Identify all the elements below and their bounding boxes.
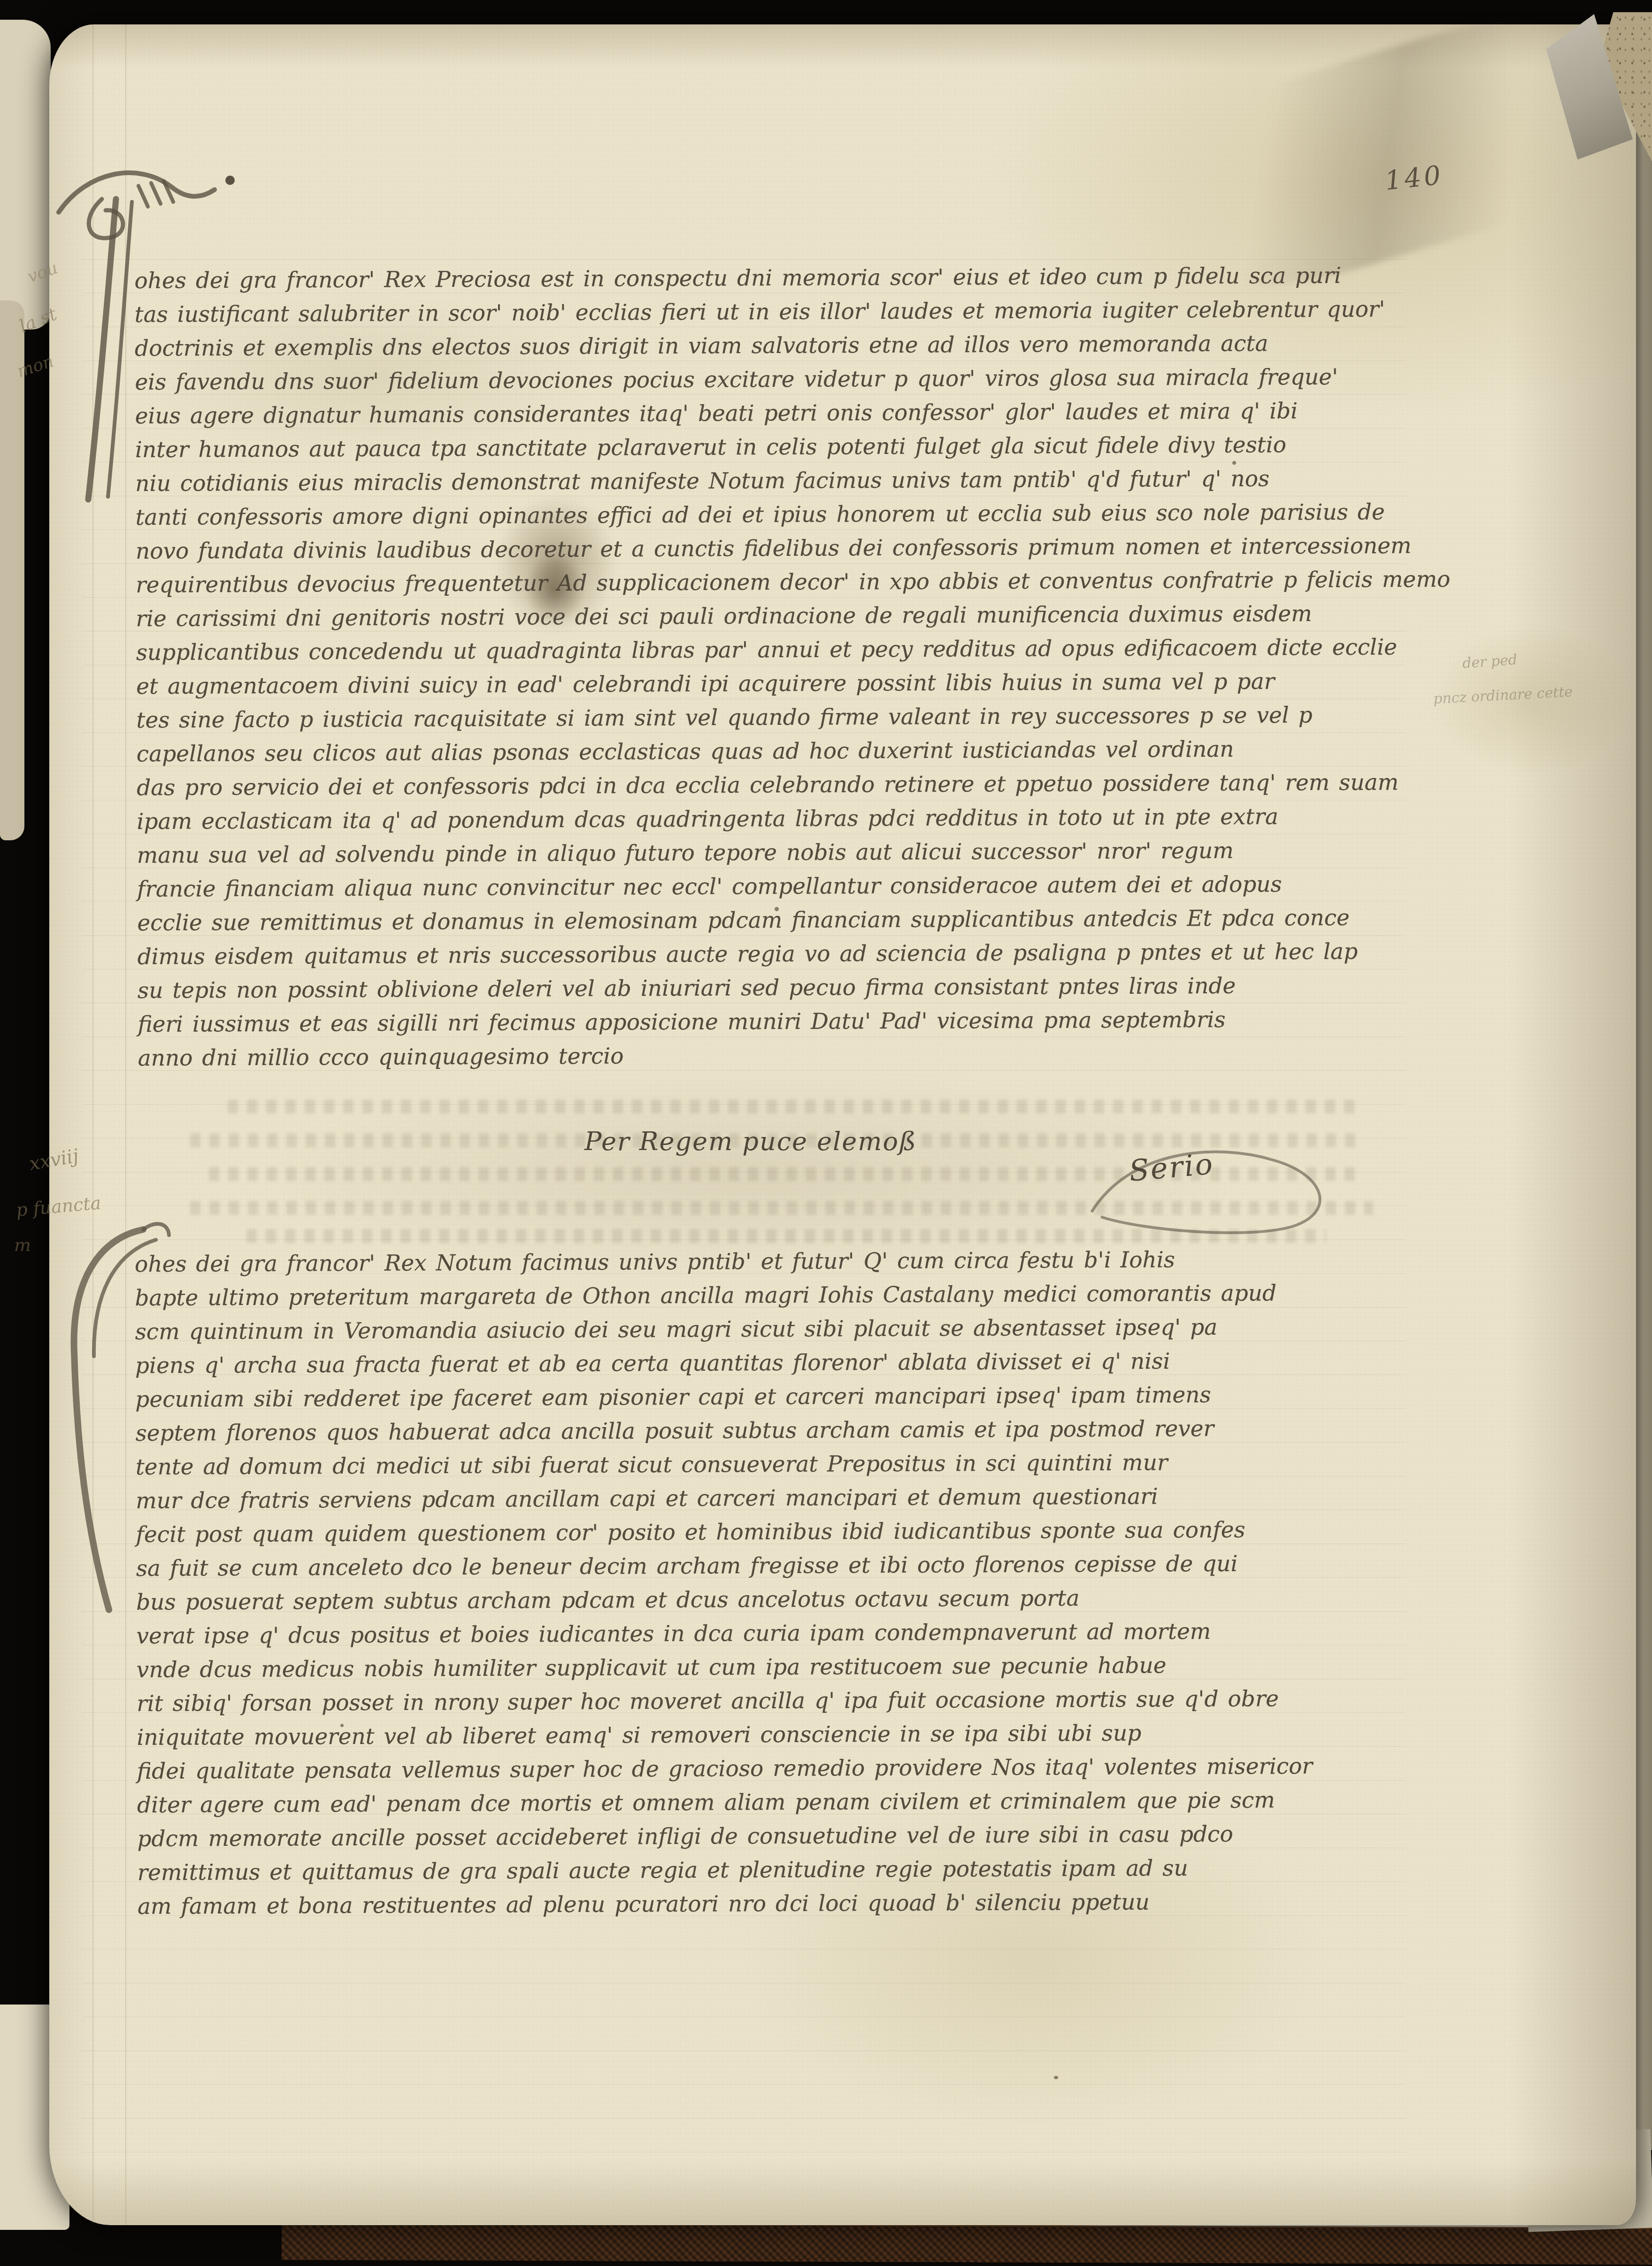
- manuscript-line: bapte ultimo preteritum margareta de Oth…: [135, 1276, 1412, 1315]
- ink-speck: [1054, 2076, 1058, 2079]
- binding-leather-edge: [282, 2223, 1652, 2265]
- manuscript-line: capellanos seu clicos aut alias psonas e…: [137, 732, 1414, 771]
- manuscript-line: piens q' archa sua fracta fuerat et ab e…: [135, 1344, 1412, 1383]
- charter1-text: ohes dei gra francor' Rex Preciosa est i…: [134, 259, 1415, 1075]
- manuscript-line: fieri iussimus et eas sigilli nri fecimu…: [138, 1002, 1414, 1042]
- manuscript-line: bus posuerat septem subtus archam pdcam …: [136, 1580, 1413, 1620]
- manuscript-line: rit sibiq' forsan posset in nrony super …: [137, 1682, 1414, 1721]
- manuscript-line: anno dni millio ccco quinquagesimo terci…: [138, 1036, 1414, 1075]
- show-through-text: [228, 1099, 1354, 1114]
- manuscript-line: pdcm memorate ancille posset accideberet…: [137, 1817, 1414, 1856]
- manuscript-line: manu sua vel ad solvendu pinde in aliquo…: [137, 833, 1414, 873]
- charter2-text: ohes dei gra francor' Rex Notum facimus …: [135, 1242, 1414, 1924]
- manuscript-line: fidei qualitate pensata vellemus super h…: [137, 1749, 1414, 1789]
- manuscript-line: verat ipse q' dcus positus et boies iudi…: [136, 1614, 1413, 1653]
- chancery-note: Per Regem puce elemoß: [584, 1127, 917, 1156]
- manuscript-line: sa fuit se cum anceleto dco le beneur de…: [136, 1546, 1413, 1586]
- ruling-line-horizontal: [82, 2017, 1406, 2017]
- manuscript-line: septem florenos quos habuerat adca ancil…: [135, 1411, 1412, 1451]
- manuscript-line: tes sine facto p iusticia racquisitate s…: [136, 698, 1413, 737]
- previous-page-edge: [0, 300, 24, 840]
- manuscript-line: vnde dcus medicus nobis humiliter suppli…: [137, 1648, 1414, 1687]
- manuscript-line: scm quintinum in Veromandia asiucio dei …: [135, 1310, 1412, 1349]
- manuscript-line: tas iustificant salubriter in scor' noib…: [135, 292, 1412, 332]
- manuscript-line: requirentibus devocius frequentetur Ad s…: [136, 563, 1413, 602]
- manuscript-line: remittimus et quittamus de gra spali auc…: [138, 1851, 1414, 1890]
- manuscript-line: eius agere dignatur humanis considerante…: [135, 394, 1412, 433]
- manuscript-line: doctrinis et exemplis dns electos suos d…: [135, 326, 1412, 366]
- manuscript-line: niu cotidianis eius miraclis demonstrat …: [135, 461, 1412, 501]
- manuscript-line: fecit post quam quidem questionem cor' p…: [136, 1513, 1413, 1552]
- ruling-line-horizontal: [82, 2118, 1406, 2119]
- manuscript-line: ohes dei gra francor' Rex Preciosa est i…: [134, 259, 1411, 298]
- manuscript-line: das pro servicio dei et confessoris pdci…: [137, 766, 1414, 805]
- ruling-line-vertical: [92, 24, 93, 2225]
- manuscript-line: novo fundata divinis laudibus decoretur …: [136, 529, 1413, 568]
- ruling-line-horizontal: [82, 2152, 1406, 2152]
- manuscript-line: dimus eisdem quitamus et nris successori…: [138, 935, 1414, 974]
- manuscript-line: ecclie sue remittimus et donamus in elem…: [137, 901, 1414, 940]
- manuscript-line: francie financiam aliqua nunc convincitu…: [137, 867, 1414, 906]
- manuscript-line: am famam et bona restituentes ad plenu p…: [138, 1884, 1414, 1924]
- manuscript-line: tanti confessoris amore digni opinantes …: [135, 495, 1412, 535]
- ruling-line-vertical: [125, 24, 126, 2225]
- manuscript-line: mur dce fratris serviens pdcam ancillam …: [136, 1479, 1413, 1518]
- manuscript-photo: 140 ohes dei gra francor' Rex Precio: [0, 0, 1652, 2266]
- marginal-note-right: der ped: [1462, 652, 1518, 672]
- manuscript-line: rie carissimi dni genitoris nostri voce …: [136, 597, 1413, 636]
- ruling-line-horizontal: [82, 2051, 1406, 2051]
- manuscript-line: tente ad domum dci medici ut sibi fuerat…: [136, 1445, 1413, 1484]
- signature-flourish: [1073, 1132, 1364, 1240]
- manuscript-line: pecuniam sibi redderet ipe faceret eam p…: [135, 1377, 1412, 1417]
- manuscript-line: et augmentacoem divini suicy in ead' cel…: [136, 664, 1413, 704]
- ruling-line-horizontal: [82, 1983, 1406, 1983]
- marginal-note-right: pncz ordinare cette: [1433, 684, 1573, 707]
- manuscript-line: diter agere cum ead' penam dce mortis et…: [137, 1783, 1414, 1822]
- manuscript-line: iniquitate movuerent vel ab liberet eamq…: [137, 1715, 1414, 1755]
- manuscript-line: ohes dei gra francor' Rex Notum facimus …: [135, 1242, 1412, 1282]
- ruling-line-horizontal: [82, 1949, 1406, 1950]
- manuscript-page: 140 ohes dei gra francor' Rex Precio: [49, 24, 1636, 2225]
- manuscript-line: inter humanos aut pauca tpa sanctitate p…: [135, 428, 1412, 467]
- manuscript-line: supplicantibus concedendu ut quadraginta…: [136, 630, 1413, 670]
- manuscript-line: eis favendu dns suor' fidelium devocione…: [135, 360, 1412, 399]
- ruling-line-horizontal: [82, 2084, 1406, 2085]
- previous-page-edge: [0, 20, 51, 330]
- marginal-note-charter2: m: [14, 1235, 31, 1255]
- manuscript-line: su tepis non possint oblivione deleri ve…: [138, 968, 1414, 1008]
- manuscript-line: ipam ecclasticam ita q' ad ponendum dcas…: [137, 799, 1414, 839]
- folio-number: 140: [1383, 160, 1445, 197]
